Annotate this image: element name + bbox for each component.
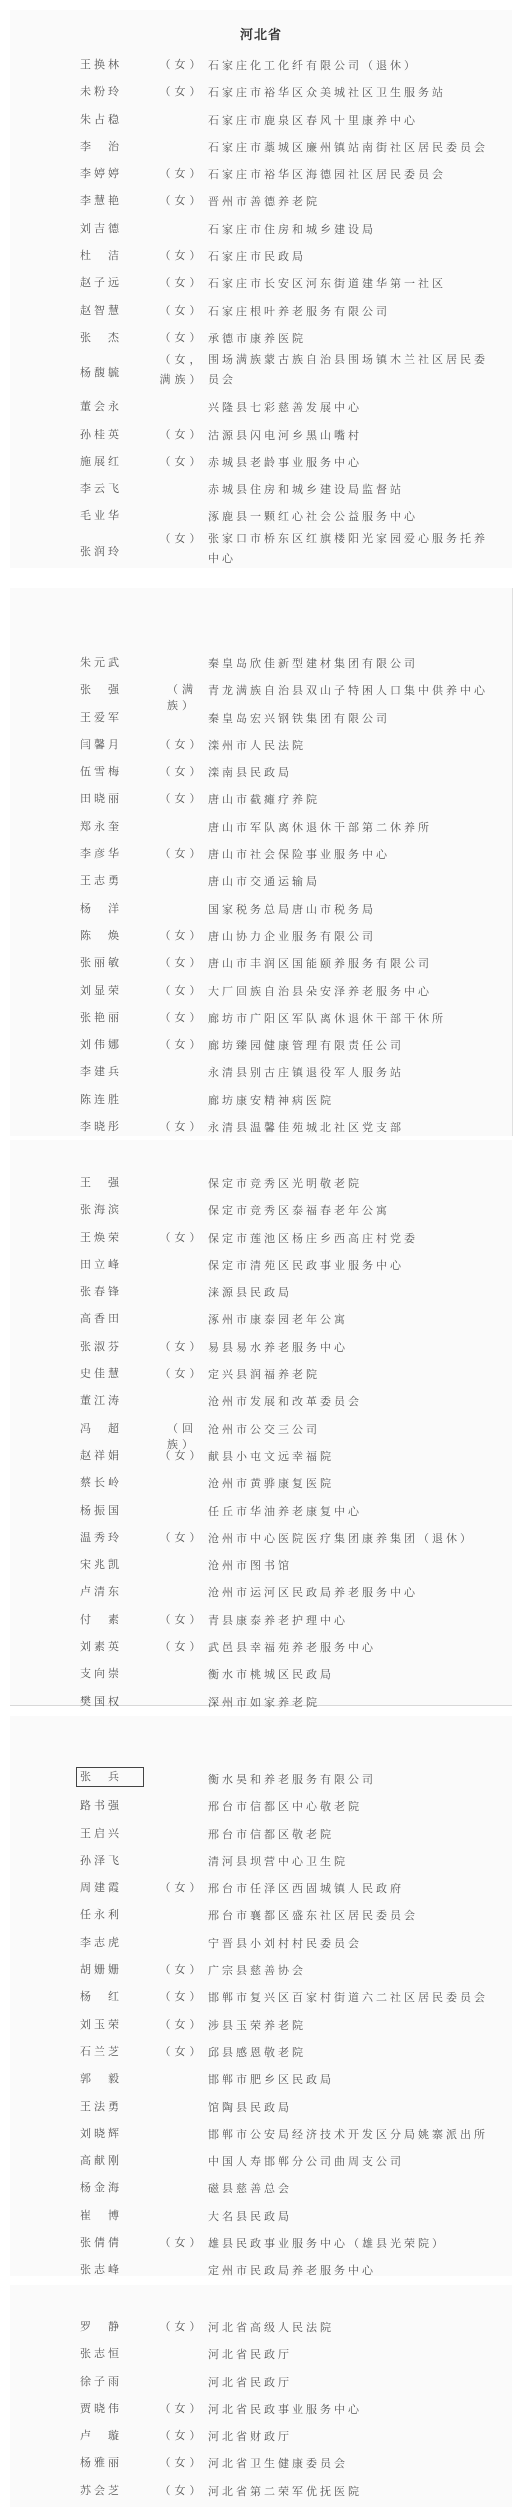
person-name: 苏会芝 bbox=[80, 2482, 140, 2498]
person-name: 卢清东 bbox=[80, 1583, 140, 1599]
person-organization: 河北省民政厅 bbox=[208, 2345, 488, 2365]
person-note: （女） bbox=[156, 790, 208, 806]
person-organization: 石家庄市长安区河东街道建华第一社区 bbox=[208, 274, 488, 294]
list-item: 王志勇唐山市交通运输局 bbox=[80, 866, 500, 893]
list-item: 张淑芬（女）易县易水养老服务中心 bbox=[80, 1332, 500, 1359]
list-item: 李婷婷（女）石家庄市裕华区海德园社区居民委员会 bbox=[80, 159, 500, 186]
person-organization: 邯郸市公安局经济技术开发区分局姚寨派出所 bbox=[208, 2125, 488, 2145]
person-note: （女） bbox=[156, 1611, 208, 1627]
person-name: 董江涛 bbox=[80, 1392, 140, 1408]
list-item: 刘晓辉邯郸市公安局经济技术开发区分局姚寨派出所 bbox=[80, 2119, 500, 2146]
list-item: 石兰芝（女）邱县感恩敬老院 bbox=[80, 2037, 500, 2064]
list-item: 张艳丽（女）廊坊市广阳区军队离休退休干部干休所 bbox=[80, 1003, 500, 1030]
list-item: 田立峰保定市清苑区民政事业服务中心 bbox=[80, 1250, 500, 1277]
list-item: 胡姗姗（女）广宗县慈善协会 bbox=[80, 1955, 500, 1982]
list-item: 施展红（女）赤城县老龄事业服务中心 bbox=[80, 447, 500, 474]
person-organization: 邢台市信都区中心敬老院 bbox=[208, 1797, 488, 1817]
person-name: 高香田 bbox=[80, 1310, 140, 1326]
person-organization: 磁县慈善总会 bbox=[208, 2179, 488, 2199]
list-item: 支向崇衡水市桃城区民政局 bbox=[80, 1659, 500, 1686]
person-note: （女） bbox=[156, 1365, 208, 1381]
list-item: 温秀玲（女）沧州市中心医院医疗集团康养集团（退休） bbox=[80, 1523, 500, 1550]
list-item: 杨馥毓（女，满族）围场满族蒙古族自治县围场镇木兰社区居民委员会 bbox=[80, 350, 500, 392]
person-note: （女） bbox=[156, 1529, 208, 1545]
person-organization: 定州市民政局养老服务中心 bbox=[208, 2261, 488, 2281]
person-note: （女） bbox=[156, 2482, 208, 2498]
person-name: 陈连胜 bbox=[80, 1091, 140, 1107]
person-organization: 承德市康养医院 bbox=[208, 329, 488, 349]
person-name: 田晓丽 bbox=[80, 790, 140, 806]
person-organization: 河北省高级人民法院 bbox=[208, 2318, 488, 2338]
person-organization: 河北省第二荣军优抚医院 bbox=[208, 2482, 488, 2502]
list-item: 高献刚中国人寿邯郸分公司曲周支公司 bbox=[80, 2146, 500, 2173]
person-organization: 河北省财政厅 bbox=[208, 2427, 488, 2447]
person-organization: 秦皇岛宏兴钢铁集团有限公司 bbox=[208, 709, 488, 729]
person-note: （女） bbox=[156, 954, 208, 970]
person-name: 温秀玲 bbox=[80, 1529, 140, 1545]
list-item: 毛业华涿鹿县一颗红心社会公益服务中心 bbox=[80, 501, 500, 528]
list-item: 李建兵永清县别古庄镇退役军人服务站 bbox=[80, 1057, 500, 1084]
list-item: 赵智慧（女）石家庄根叶养老服务有限公司 bbox=[80, 296, 500, 323]
person-note: （女） bbox=[156, 274, 208, 290]
person-note: （女） bbox=[156, 982, 208, 998]
honoree-list: 王换林（女）石家庄化工化纤有限公司（退休）未粉玲（女）石家庄市裕华区众美城社区卫… bbox=[80, 50, 500, 571]
page-title: 河北省 bbox=[10, 24, 512, 43]
person-organization: 沧州市运河区民政局养老服务中心 bbox=[208, 1583, 488, 1603]
list-item: 刘素英（女）武邑县幸福苑养老服务中心 bbox=[80, 1632, 500, 1659]
list-item: 罗 静（女）河北省高级人民法院 bbox=[80, 2312, 500, 2339]
person-organization: 围场满族蒙古族自治县围场镇木兰社区居民委员会 bbox=[208, 350, 488, 390]
list-item: 李慧艳（女）晋州市善德养老院 bbox=[80, 186, 500, 213]
person-name: 张海滨 bbox=[80, 1201, 140, 1217]
person-organization: 衡水市桃城区民政局 bbox=[208, 1665, 488, 1685]
person-note: （女） bbox=[156, 2400, 208, 2416]
person-name: 赵智慧 bbox=[80, 302, 140, 318]
person-name: 李建兵 bbox=[80, 1063, 140, 1079]
person-organization: 赤城县老龄事业服务中心 bbox=[208, 453, 488, 473]
person-organization: 保定市竞秀区泰福春老年公寓 bbox=[208, 1201, 488, 1221]
person-name: 郑永奎 bbox=[80, 818, 140, 834]
person-name: 周建霞 bbox=[80, 1879, 140, 1895]
person-name: 李 治 bbox=[80, 138, 140, 154]
person-organization: 唐山协力企业服务有限公司 bbox=[208, 927, 488, 947]
list-item: 杜 洁（女）石家庄市民政局 bbox=[80, 241, 500, 268]
person-note: （女） bbox=[156, 192, 208, 208]
person-organization: 兴隆县七彩慈善发展中心 bbox=[208, 398, 488, 418]
person-organization: 滦州市人民法院 bbox=[208, 736, 488, 756]
list-item: 李志虎宁晋县小刘村村民委员会 bbox=[80, 1928, 500, 1955]
person-note: （女） bbox=[156, 1638, 208, 1654]
list-item: 刘玉荣（女）涉县玉荣养老院 bbox=[80, 2010, 500, 2037]
person-name: 朱元武 bbox=[80, 654, 140, 670]
section-panel-1: 河北省 王换林（女）石家庄化工化纤有限公司（退休）未粉玲（女）石家庄市裕华区众美… bbox=[10, 10, 512, 568]
person-organization: 沧州市发展和改革委员会 bbox=[208, 1392, 488, 1412]
person-organization: 保定市莲池区杨庄乡西高庄村党委 bbox=[208, 1229, 488, 1249]
list-item: 宋兆凯沧州市图书馆 bbox=[80, 1550, 500, 1577]
person-name: 赵祥娟 bbox=[80, 1447, 140, 1463]
list-item: 孙泽飞清河县坝营中心卫生院 bbox=[80, 1846, 500, 1873]
list-item: 蔡长岭沧州市黄骅康复医院 bbox=[80, 1468, 500, 1495]
list-item: 朱占稳石家庄市鹿泉区春风十里康养中心 bbox=[80, 105, 500, 132]
person-organization: 邢台市任泽区西固城镇人民政府 bbox=[208, 1879, 488, 1899]
person-organization: 雄县民政事业服务中心（雄县光荣院） bbox=[208, 2234, 488, 2254]
person-organization: 中国人寿邯郸分公司曲周支公司 bbox=[208, 2152, 488, 2172]
person-name: 孙桂英 bbox=[80, 426, 140, 442]
person-organization: 青龙满族自治县双山子特困人口集中供养中心 bbox=[208, 681, 488, 701]
person-note: （女） bbox=[156, 529, 208, 549]
person-organization: 邯郸市复兴区百家村街道六二社区居民委员会 bbox=[208, 1988, 488, 2008]
person-note: （女） bbox=[156, 302, 208, 318]
list-item: 刘显荣（女）大厂回族自治县朵安泽养老服务中心 bbox=[80, 976, 500, 1003]
list-item: 杨 红（女）邯郸市复兴区百家村街道六二社区居民委员会 bbox=[80, 1982, 500, 2009]
person-organization: 石家庄市住房和城乡建设局 bbox=[208, 220, 488, 240]
person-note: （女） bbox=[156, 2016, 208, 2032]
person-name: 胡姗姗 bbox=[80, 1961, 140, 1977]
person-name: 郭 毅 bbox=[80, 2070, 140, 2086]
person-organization: 邢台市襄都区盛东社区居民委员会 bbox=[208, 1906, 488, 1926]
person-organization: 宁晋县小刘村村民委员会 bbox=[208, 1934, 488, 1954]
person-organization: 沧州市图书馆 bbox=[208, 1556, 488, 1576]
person-name: 张 强 bbox=[80, 681, 140, 697]
list-item: 张春锋涞源县民政局 bbox=[80, 1277, 500, 1304]
person-name: 支向崇 bbox=[80, 1665, 140, 1681]
person-organization: 秦皇岛欣佳新型建材集团有限公司 bbox=[208, 654, 488, 674]
person-note: （女） bbox=[156, 2427, 208, 2443]
person-organization: 易县易水养老服务中心 bbox=[208, 1338, 488, 1358]
list-item: 王 强保定市竞秀区光明敬老院 bbox=[80, 1168, 500, 1195]
list-item: 陈连胜廊坊康安精神病医院 bbox=[80, 1085, 500, 1112]
person-name: 史佳慧 bbox=[80, 1365, 140, 1381]
person-name: 刘玉荣 bbox=[80, 2016, 140, 2032]
person-note: （女） bbox=[156, 247, 208, 263]
list-item: 张润玲（女）张家口市桥东区红旗楼阳光家园爱心服务托养中心 bbox=[80, 529, 500, 571]
person-organization: 河北省民政事业服务中心 bbox=[208, 2400, 488, 2420]
person-organization: 唐山市社会保险事业服务中心 bbox=[208, 845, 488, 865]
list-item: 郭 毅邯郸市肥乡区民政局 bbox=[80, 2064, 500, 2091]
list-item: 李 治石家庄市藁城区廉州镇站南街社区居民委员会 bbox=[80, 132, 500, 159]
person-name: 刘素英 bbox=[80, 1638, 140, 1654]
person-name: 孙泽飞 bbox=[80, 1852, 140, 1868]
person-name: 刘伟娜 bbox=[80, 1036, 140, 1052]
person-organization: 廊坊臻园健康管理有限责任公司 bbox=[208, 1036, 488, 1056]
list-item: 王法勇馆陶县民政局 bbox=[80, 2092, 500, 2119]
person-name: 罗 静 bbox=[80, 2318, 140, 2334]
person-note: （女） bbox=[156, 329, 208, 345]
list-item: 赵祥娟（女）献县小屯文远幸福院 bbox=[80, 1441, 500, 1468]
person-name: 王换林 bbox=[80, 56, 140, 72]
person-organization: 武邑县幸福苑养老服务中心 bbox=[208, 1638, 488, 1658]
person-organization: 沧州市公交三公司 bbox=[208, 1420, 488, 1440]
person-organization: 唐山市军队离休退休干部第二休养所 bbox=[208, 818, 488, 838]
person-name: 杨馥毓 bbox=[80, 364, 140, 380]
list-item: 付 素（女）青县康泰养老护理中心 bbox=[80, 1605, 500, 1632]
person-note: （女） bbox=[156, 736, 208, 752]
person-name: 王 强 bbox=[80, 1174, 140, 1190]
person-name: 田立峰 bbox=[80, 1256, 140, 1272]
person-organization: 唐山市丰润区国能颐养服务有限公司 bbox=[208, 954, 488, 974]
list-item: 张丽敏（女）唐山市丰润区国能颐养服务有限公司 bbox=[80, 948, 500, 975]
person-organization: 廊坊康安精神病医院 bbox=[208, 1091, 488, 1111]
person-note: （女） bbox=[156, 453, 208, 469]
list-item: 张倩倩（女）雄县民政事业服务中心（雄县光荣院） bbox=[80, 2228, 500, 2255]
person-name: 李志虎 bbox=[80, 1934, 140, 1950]
list-item: 高香田涿州市康泰园老年公寓 bbox=[80, 1304, 500, 1331]
list-item: 杨 洋国家税务总局唐山市税务局 bbox=[80, 894, 500, 921]
list-item: 伍雪梅（女）滦南县民政局 bbox=[80, 757, 500, 784]
list-item: 张 强（满族）青龙满族自治县双山子特困人口集中供养中心 bbox=[80, 675, 500, 702]
person-name: 王爱军 bbox=[80, 709, 140, 725]
person-organization: 定兴县润福养老院 bbox=[208, 1365, 488, 1385]
person-note: （女） bbox=[156, 426, 208, 442]
list-item: 刘吉德石家庄市住房和城乡建设局 bbox=[80, 214, 500, 241]
person-organization: 石家庄市民政局 bbox=[208, 247, 488, 267]
person-name: 闫馨月 bbox=[80, 736, 140, 752]
list-item: 田晓丽（女）唐山市截瘫疗养院 bbox=[80, 784, 500, 811]
person-name: 张淑芬 bbox=[80, 1338, 140, 1354]
person-name: 李晓彤 bbox=[80, 1118, 140, 1134]
person-organization: 保定市清苑区民政事业服务中心 bbox=[208, 1256, 488, 1276]
person-name: 任永利 bbox=[80, 1906, 140, 1922]
person-organization: 保定市竞秀区光明敬老院 bbox=[208, 1174, 488, 1194]
person-name: 施展红 bbox=[80, 453, 140, 469]
list-item: 张 兵衡水昊和养老服务有限公司 bbox=[80, 1764, 500, 1791]
person-organization: 邯郸市肥乡区民政局 bbox=[208, 2070, 488, 2090]
person-note: （女） bbox=[156, 165, 208, 181]
list-item: 杨金海磁县慈善总会 bbox=[80, 2173, 500, 2200]
list-item: 董江涛沧州市发展和改革委员会 bbox=[80, 1386, 500, 1413]
person-organization: 国家税务总局唐山市税务局 bbox=[208, 900, 488, 920]
list-item: 路书强邢台市信都区中心敬老院 bbox=[80, 1791, 500, 1818]
person-organization: 馆陶县民政局 bbox=[208, 2098, 488, 2118]
person-note: （女） bbox=[156, 1036, 208, 1052]
person-name: 刘吉德 bbox=[80, 220, 140, 236]
person-note: （女） bbox=[156, 56, 208, 72]
person-name: 贾晓伟 bbox=[80, 2400, 140, 2416]
list-item: 任永利邢台市襄都区盛东社区居民委员会 bbox=[80, 1900, 500, 1927]
person-name: 李慧艳 bbox=[80, 192, 140, 208]
person-name: 王法勇 bbox=[80, 2098, 140, 2114]
person-name: 陈 焕 bbox=[80, 927, 140, 943]
person-name: 伍雪梅 bbox=[80, 763, 140, 779]
person-name: 崔 博 bbox=[80, 2207, 140, 2223]
list-item: 未粉玲（女）石家庄市裕华区众美城社区卫生服务站 bbox=[80, 77, 500, 104]
list-item: 苏会芝（女）河北省第二荣军优抚医院 bbox=[80, 2476, 500, 2503]
person-organization: 晋州市善德养老院 bbox=[208, 192, 488, 212]
list-item: 闫馨月（女）滦州市人民法院 bbox=[80, 730, 500, 757]
person-organization: 唐山市交通运输局 bbox=[208, 872, 488, 892]
list-item: 樊国权深州市如家养老院 bbox=[80, 1687, 500, 1714]
person-organization: 涿鹿县一颗红心社会公益服务中心 bbox=[208, 507, 488, 527]
list-item: 张志恒河北省民政厅 bbox=[80, 2339, 500, 2366]
list-item: 王爱军秦皇岛宏兴钢铁集团有限公司 bbox=[80, 703, 500, 730]
person-organization: 石家庄市鹿泉区春风十里康养中心 bbox=[208, 111, 488, 131]
person-organization: 唐山市截瘫疗养院 bbox=[208, 790, 488, 810]
person-organization: 衡水昊和养老服务有限公司 bbox=[208, 1770, 488, 1790]
person-name: 石兰芝 bbox=[80, 2043, 140, 2059]
person-note: （女） bbox=[156, 1879, 208, 1895]
person-name: 付 素 bbox=[80, 1611, 140, 1627]
person-name: 张 杰 bbox=[80, 329, 140, 345]
person-organization: 邱县感恩敬老院 bbox=[208, 2043, 488, 2063]
person-organization: 青县康泰养老护理中心 bbox=[208, 1611, 488, 1631]
person-name: 樊国权 bbox=[80, 1693, 140, 1709]
person-note: （女） bbox=[156, 1338, 208, 1354]
person-name: 刘晓辉 bbox=[80, 2125, 140, 2141]
person-organization: 涿州市康泰园老年公寓 bbox=[208, 1310, 488, 1330]
person-organization: 永清县别古庄镇退役军人服务站 bbox=[208, 1063, 488, 1083]
person-name: 杨金海 bbox=[80, 2179, 140, 2195]
person-name: 张春锋 bbox=[80, 1283, 140, 1299]
person-name: 王志勇 bbox=[80, 872, 140, 888]
list-item: 史佳慧（女）定兴县润福养老院 bbox=[80, 1359, 500, 1386]
person-name: 王焕荣 bbox=[80, 1229, 140, 1245]
list-item: 张 杰（女）承德市康养医院 bbox=[80, 323, 500, 350]
list-item: 李晓彤（女）永清县温馨佳苑城北社区党支部 bbox=[80, 1112, 500, 1139]
person-organization: 大名县民政局 bbox=[208, 2207, 488, 2227]
list-item: 王焕荣（女）保定市莲池区杨庄乡西高庄村党委 bbox=[80, 1223, 500, 1250]
list-item: 郑永奎唐山市军队离休退休干部第二休养所 bbox=[80, 812, 500, 839]
person-note: （女） bbox=[156, 763, 208, 779]
list-item: 张海滨保定市竞秀区泰福春老年公寓 bbox=[80, 1195, 500, 1222]
person-organization: 河北省卫生健康委员会 bbox=[208, 2454, 488, 2474]
person-name: 宋兆凯 bbox=[80, 1556, 140, 1572]
person-name: 杜 洁 bbox=[80, 247, 140, 263]
person-name: 张艳丽 bbox=[80, 1009, 140, 1025]
person-name: 张倩倩 bbox=[80, 2234, 140, 2250]
person-note: （女） bbox=[156, 2318, 208, 2334]
person-organization: 石家庄市裕华区海德园社区居民委员会 bbox=[208, 165, 488, 185]
list-item: 张志峰定州市民政局养老服务中心 bbox=[80, 2255, 500, 2282]
person-name: 张丽敏 bbox=[80, 954, 140, 970]
person-organization: 河北省民政厅 bbox=[208, 2373, 488, 2393]
person-note: （女，满族） bbox=[156, 350, 208, 390]
honoree-list: 王 强保定市竞秀区光明敬老院张海滨保定市竞秀区泰福春老年公寓王焕荣（女）保定市莲… bbox=[80, 1168, 500, 1714]
person-note: （女） bbox=[156, 2234, 208, 2250]
person-name: 路书强 bbox=[80, 1797, 140, 1813]
list-item: 刘伟娜（女）廊坊臻园健康管理有限责任公司 bbox=[80, 1030, 500, 1057]
person-note: （女） bbox=[156, 1118, 208, 1134]
person-organization: 沽源县闪电河乡黑山嘴村 bbox=[208, 426, 488, 446]
person-name: 蔡长岭 bbox=[80, 1474, 140, 1490]
list-item: 卢 璇（女）河北省财政厅 bbox=[80, 2421, 500, 2448]
person-organization: 广宗县慈善协会 bbox=[208, 1961, 488, 1981]
person-organization: 沧州市中心医院医疗集团康养集团（退休） bbox=[208, 1529, 488, 1549]
person-organization: 滦南县民政局 bbox=[208, 763, 488, 783]
person-organization: 涉县玉荣养老院 bbox=[208, 2016, 488, 2036]
person-name: 董会永 bbox=[80, 398, 140, 414]
person-note: （女） bbox=[156, 1961, 208, 1977]
list-item: 崔 博大名县民政局 bbox=[80, 2201, 500, 2228]
person-organization: 深州市如家养老院 bbox=[208, 1693, 488, 1713]
list-item: 朱元武秦皇岛欣佳新型建材集团有限公司 bbox=[80, 648, 500, 675]
list-item: 李云飞赤城县住房和城乡建设局监督站 bbox=[80, 474, 500, 501]
person-name: 张志峰 bbox=[80, 2261, 140, 2277]
section-panel-2: 朱元武秦皇岛欣佳新型建材集团有限公司张 强（满族）青龙满族自治县双山子特困人口集… bbox=[10, 588, 513, 1136]
list-item: 李彦华（女）唐山市社会保险事业服务中心 bbox=[80, 839, 500, 866]
person-organization: 石家庄市藁城区廉州镇站南街社区居民委员会 bbox=[208, 138, 488, 158]
honoree-list: 罗 静（女）河北省高级人民法院张志恒河北省民政厅徐子雨河北省民政厅贾晓伟（女）河… bbox=[80, 2312, 500, 2503]
honoree-list: 朱元武秦皇岛欣佳新型建材集团有限公司张 强（满族）青龙满族自治县双山子特困人口集… bbox=[80, 648, 500, 1194]
person-organization: 石家庄市裕华区众美城社区卫生服务站 bbox=[208, 83, 488, 103]
list-item: 王换林（女）石家庄化工化纤有限公司（退休） bbox=[80, 50, 500, 77]
person-note: （女） bbox=[156, 1447, 208, 1463]
person-name: 杨 洋 bbox=[80, 900, 140, 916]
person-organization: 石家庄根叶养老服务有限公司 bbox=[208, 302, 488, 322]
person-name: 李婷婷 bbox=[80, 165, 140, 181]
list-item: 周建霞（女）邢台市任泽区西固城镇人民政府 bbox=[80, 1873, 500, 1900]
person-organization: 永清县温馨佳苑城北社区党支部 bbox=[208, 1118, 488, 1138]
person-note: （女） bbox=[156, 927, 208, 943]
person-note: （女） bbox=[156, 1988, 208, 2004]
person-organization: 赤城县住房和城乡建设局监督站 bbox=[208, 480, 488, 500]
person-note: （女） bbox=[156, 845, 208, 861]
person-organization: 廊坊市广阳区军队离休退休干部干休所 bbox=[208, 1009, 488, 1029]
person-note: （女） bbox=[156, 1229, 208, 1245]
person-organization: 涞源县民政局 bbox=[208, 1283, 488, 1303]
list-item: 卢清东沧州市运河区民政局养老服务中心 bbox=[80, 1577, 500, 1604]
list-item: 贾晓伟（女）河北省民政事业服务中心 bbox=[80, 2394, 500, 2421]
person-organization: 清河县坝营中心卫生院 bbox=[208, 1852, 488, 1872]
list-item: 董会永兴隆县七彩慈善发展中心 bbox=[80, 392, 500, 419]
person-name: 李彦华 bbox=[80, 845, 140, 861]
list-item: 赵子远（女）石家庄市长安区河东街道建华第一社区 bbox=[80, 268, 500, 295]
person-organization: 石家庄化工化纤有限公司（退休） bbox=[208, 56, 488, 76]
person-name: 徐子雨 bbox=[80, 2373, 140, 2389]
person-name: 高献刚 bbox=[80, 2152, 140, 2168]
section-panel-3: 王 强保定市竞秀区光明敬老院张海滨保定市竞秀区泰福春老年公寓王焕荣（女）保定市莲… bbox=[10, 1140, 512, 1706]
person-name: 刘显荣 bbox=[80, 982, 140, 998]
person-name: 朱占稳 bbox=[80, 111, 140, 127]
person-note: （女） bbox=[156, 2043, 208, 2059]
person-organization: 邢台市信都区敬老院 bbox=[208, 1825, 488, 1845]
person-name: 张润玲 bbox=[80, 543, 140, 559]
list-item: 冯 超（回族）沧州市公交三公司 bbox=[80, 1414, 500, 1441]
person-name: 杨振国 bbox=[80, 1502, 140, 1518]
person-name: 卢 璇 bbox=[80, 2427, 140, 2443]
list-item: 杨雅丽（女）河北省卫生健康委员会 bbox=[80, 2448, 500, 2475]
section-panel-5: 罗 静（女）河北省高级人民法院张志恒河北省民政厅徐子雨河北省民政厅贾晓伟（女）河… bbox=[10, 2285, 512, 2507]
person-note: （女） bbox=[156, 83, 208, 99]
person-organization: 大厂回族自治县朵安泽养老服务中心 bbox=[208, 982, 488, 1002]
list-item: 陈 焕（女）唐山协力企业服务有限公司 bbox=[80, 921, 500, 948]
person-name: 王启兴 bbox=[80, 1825, 140, 1841]
person-organization: 献县小屯文远幸福院 bbox=[208, 1447, 488, 1467]
person-name: 赵子远 bbox=[80, 274, 140, 290]
person-name: 未粉玲 bbox=[80, 83, 140, 99]
person-note: （女） bbox=[156, 2454, 208, 2470]
person-name: 杨 红 bbox=[80, 1988, 140, 2004]
person-name: 张志恒 bbox=[80, 2345, 140, 2361]
list-item: 王启兴邢台市信都区敬老院 bbox=[80, 1819, 500, 1846]
person-name: 冯 超 bbox=[80, 1420, 140, 1436]
person-name: 杨雅丽 bbox=[80, 2454, 140, 2470]
list-item: 杨振国任丘市华油养老康复中心 bbox=[80, 1496, 500, 1523]
list-item: 徐子雨河北省民政厅 bbox=[80, 2367, 500, 2394]
section-panel-4: 张 兵衡水昊和养老服务有限公司路书强邢台市信都区中心敬老院王启兴邢台市信都区敬老… bbox=[10, 1716, 512, 2276]
person-organization: 张家口市桥东区红旗楼阳光家园爱心服务托养中心 bbox=[208, 529, 488, 569]
person-name: 李云飞 bbox=[80, 480, 140, 496]
person-name: 毛业华 bbox=[80, 507, 140, 523]
person-organization: 沧州市黄骅康复医院 bbox=[208, 1474, 488, 1494]
honoree-list: 张 兵衡水昊和养老服务有限公司路书强邢台市信都区中心敬老院王启兴邢台市信都区敬老… bbox=[80, 1764, 500, 2310]
list-item: 孙桂英（女）沽源县闪电河乡黑山嘴村 bbox=[80, 420, 500, 447]
person-note: （女） bbox=[156, 1009, 208, 1025]
person-name: 张 兵 bbox=[76, 1767, 144, 1787]
person-organization: 任丘市华油养老康复中心 bbox=[208, 1502, 488, 1522]
